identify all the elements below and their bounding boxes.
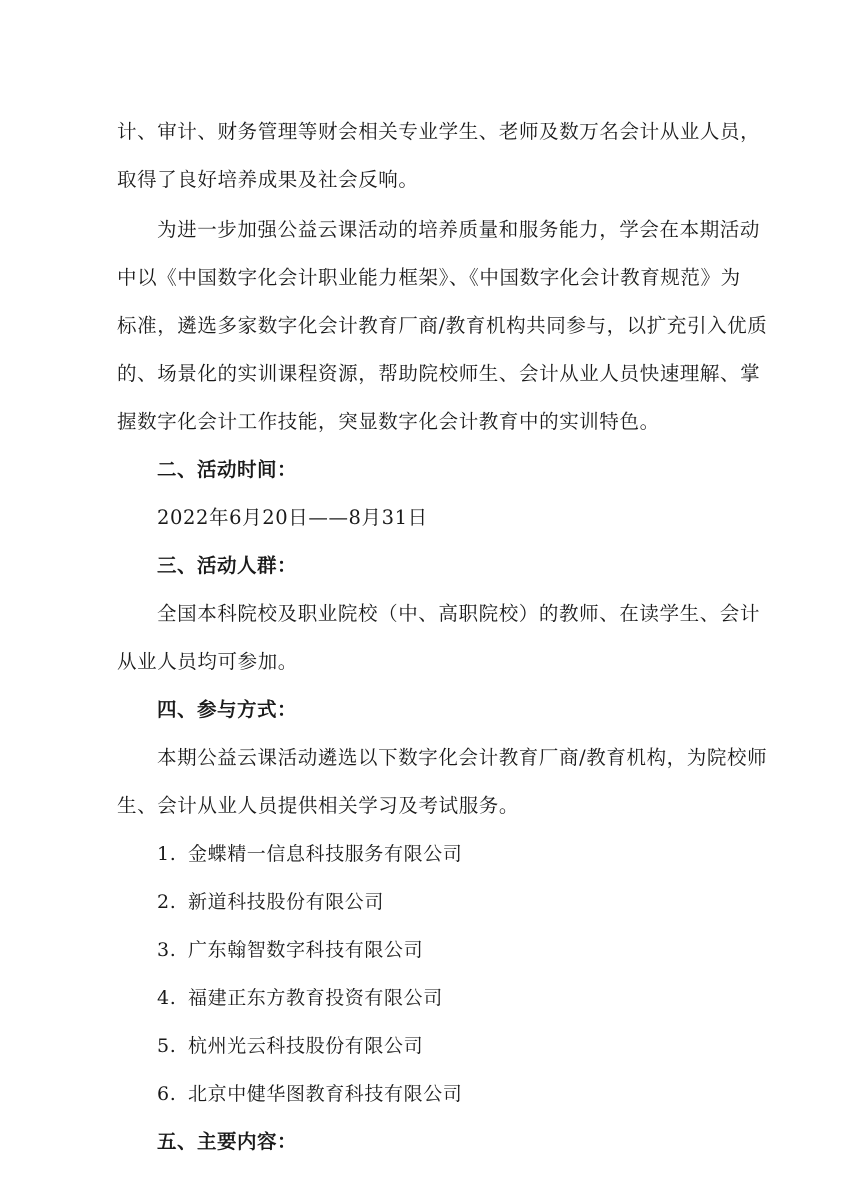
section-activity-audience: 三、活动人群： 全国本科院校及职业院校（中、高职院校）的教师、在读学生、会计 从… <box>117 542 737 686</box>
provider-name: 金蝶精一信息科技服务有限公司 <box>188 830 737 878</box>
paragraph-line: 为进一步加强公益云课活动的培养质量和服务能力，学会在本期活动 <box>117 206 737 254</box>
list-number: 4. <box>157 974 188 1022</box>
paragraph-line: 标准，遴选多家数字化会计教育厂商/教育机构共同参与，以扩充引入优质 <box>117 302 737 350</box>
paragraph-line: 握数字化会计工作技能，突显数字化会计教育中的实训特色。 <box>117 398 737 446</box>
provider-name: 广东翰智数字科技有限公司 <box>188 926 737 974</box>
provider-list: 1. 金蝶精一信息科技服务有限公司 2. 新道科技股份有限公司 3. 广东翰智数… <box>117 830 737 1118</box>
intro-paragraph: 计、审计、财务管理等财会相关专业学生、老师及数万名会计从业人员， 取得了良好培养… <box>117 108 737 204</box>
section-heading: 三、活动人群： <box>117 542 737 590</box>
paragraph-line: 生、会计从业人员提供相关学习及考试服务。 <box>117 782 737 830</box>
list-number: 2. <box>157 878 188 926</box>
list-number: 6. <box>157 1070 188 1118</box>
list-item: 4. 福建正东方教育投资有限公司 <box>117 974 737 1022</box>
provider-name: 杭州光云科技股份有限公司 <box>188 1022 737 1070</box>
list-item: 6. 北京中健华图教育科技有限公司 <box>117 1070 737 1118</box>
activity-date-range: 2022年6月20日——8月31日 <box>117 494 737 542</box>
document-page: 计、审计、财务管理等财会相关专业学生、老师及数万名会计从业人员， 取得了良好培养… <box>117 108 737 1166</box>
paragraph-line: 全国本科院校及职业院校（中、高职院校）的教师、在读学生、会计 <box>117 590 737 638</box>
section-heading: 二、活动时间： <box>117 446 737 494</box>
section-heading: 四、参与方式： <box>117 686 737 734</box>
paragraph-line: 本期公益云课活动遴选以下数字化会计教育厂商/教育机构，为院校师 <box>117 734 737 782</box>
purpose-paragraph: 为进一步加强公益云课活动的培养质量和服务能力，学会在本期活动 中以《中国数字化会… <box>117 206 737 446</box>
list-number: 3. <box>157 926 188 974</box>
paragraph-line: 的、场景化的实训课程资源，帮助院校师生、会计从业人员快速理解、掌 <box>117 350 737 398</box>
paragraph-line: 计、审计、财务管理等财会相关专业学生、老师及数万名会计从业人员， <box>117 108 737 156</box>
section-main-content: 五、主要内容： <box>117 1118 737 1166</box>
section-activity-time: 二、活动时间： 2022年6月20日——8月31日 <box>117 446 737 542</box>
list-number: 5. <box>157 1022 188 1070</box>
paragraph-line: 中以《中国数字化会计职业能力框架》、《中国数字化会计教育规范》为 <box>117 254 737 302</box>
list-number: 1. <box>157 830 188 878</box>
provider-name: 福建正东方教育投资有限公司 <box>188 974 737 1022</box>
section-participation-method: 四、参与方式： 本期公益云课活动遴选以下数字化会计教育厂商/教育机构，为院校师 … <box>117 686 737 1118</box>
list-item: 1. 金蝶精一信息科技服务有限公司 <box>117 830 737 878</box>
list-item: 5. 杭州光云科技股份有限公司 <box>117 1022 737 1070</box>
provider-name: 新道科技股份有限公司 <box>188 878 737 926</box>
provider-name: 北京中健华图教育科技有限公司 <box>188 1070 737 1118</box>
paragraph-line: 从业人员均可参加。 <box>117 638 737 686</box>
list-item: 3. 广东翰智数字科技有限公司 <box>117 926 737 974</box>
list-item: 2. 新道科技股份有限公司 <box>117 878 737 926</box>
section-heading: 五、主要内容： <box>117 1118 737 1166</box>
paragraph-line: 取得了良好培养成果及社会反响。 <box>117 156 737 204</box>
